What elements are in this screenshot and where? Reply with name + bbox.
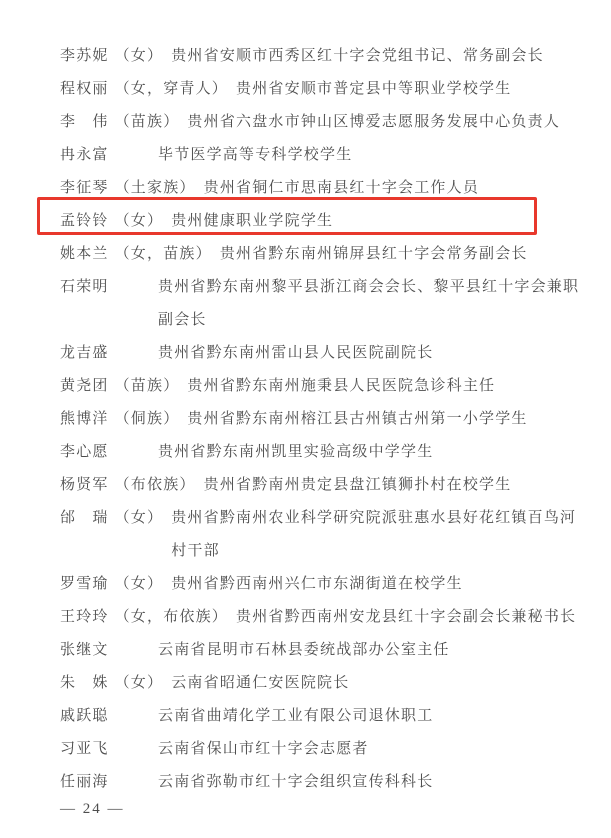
person-name-cell: 冉永富 — [60, 139, 150, 172]
list-item: 李心愿 贵州省黔东南州凯里实验高级中学学生 — [60, 436, 605, 469]
list-item: 姚本兰 （女，苗族） 贵州省黔东南州锦屏县红十字会常务副会长 — [60, 238, 605, 271]
person-description: 贵州省黔西南州兴仁市东湖街道在校学生 — [171, 568, 463, 601]
person-name-cell: 王玲玲 （女，布依族） — [60, 601, 228, 634]
description-line: 贵州省六盘水市钟山区博爱志愿服务发展中心负责人 — [187, 106, 560, 139]
description-line: 贵州省黔东南州施秉县人民医院急诊科主任 — [187, 370, 495, 403]
description-line: 贵州省黔东南州锦屏县红十字会常务副会长 — [220, 238, 528, 271]
person-name-cell: 孟铃铃 （女） — [60, 205, 163, 238]
person-description: 毕节医学高等专科学校学生 — [158, 139, 352, 172]
person-note: （土家族） — [115, 172, 196, 205]
person-name: 张继文 — [60, 634, 109, 667]
description-line: 副会长 — [158, 304, 579, 337]
person-name: 戚跃聪 — [60, 700, 109, 733]
description-line: 贵州省黔东南州凯里实验高级中学学生 — [158, 436, 433, 469]
person-name-cell: 邰 瑞 （女） — [60, 502, 163, 535]
list-item: 熊博洋 （侗族） 贵州省黔东南州榕江县古州镇古州第一小学学生 — [60, 403, 605, 436]
person-note: （女） — [115, 502, 164, 535]
person-name: 冉永富 — [60, 139, 109, 172]
person-description: 云南省保山市红十字会志愿者 — [158, 733, 369, 766]
person-description: 云南省曲靖化学工业有限公司退休职工 — [158, 700, 433, 733]
list-item: 龙吉盛 贵州省黔东南州雷山县人民医院副院长 — [60, 337, 605, 370]
description-line: 贵州省黔南州贵定县盘江镇狮扑村在校学生 — [204, 469, 512, 502]
person-note: （女，穿青人） — [115, 73, 228, 106]
description-line: 贵州省黔南州农业科学研究院派驻惠水县好花红镇百鸟河 — [171, 502, 576, 535]
list-item: 罗雪瑜 （女） 贵州省黔西南州兴仁市东湖街道在校学生 — [60, 568, 605, 601]
person-name-cell: 朱 姝 （女） — [60, 667, 163, 700]
person-name: 邰 瑞 — [60, 502, 109, 535]
person-name-cell: 李苏妮 （女） — [60, 40, 163, 73]
description-line: 云南省昭通仁安医院院长 — [171, 667, 349, 700]
person-name-cell: 黄尧团 （苗族） — [60, 370, 179, 403]
list-item: 李苏妮 （女） 贵州省安顺市西秀区红十字会党组书记、常务副会长 — [60, 40, 605, 73]
person-description: 云南省昆明市石林县委统战部办公室主任 — [158, 634, 450, 667]
person-name: 石荣明 — [60, 271, 109, 304]
list-item: 李征琴 （土家族） 贵州省铜仁市思南县红十字会工作人员 — [60, 172, 605, 205]
person-name-cell: 习亚飞 — [60, 733, 150, 766]
person-name-cell: 龙吉盛 — [60, 337, 150, 370]
description-line: 贵州健康职业学院学生 — [171, 205, 333, 238]
list-item: 张继文 云南省昆明市石林县委统战部办公室主任 — [60, 634, 605, 667]
list-item: 李 伟 （苗族） 贵州省六盘水市钟山区博爱志愿服务发展中心负责人 — [60, 106, 605, 139]
list-item: 黄尧团 （苗族） 贵州省黔东南州施秉县人民医院急诊科主任 — [60, 370, 605, 403]
person-note: （苗族） — [115, 106, 180, 139]
person-description: 贵州健康职业学院学生 — [171, 205, 333, 238]
person-name-cell: 杨贤军 （布依族） — [60, 469, 196, 502]
list-item: 冉永富 毕节医学高等专科学校学生 — [60, 139, 605, 172]
person-note: （女） — [115, 205, 164, 238]
description-line: 贵州省黔西南州兴仁市东湖街道在校学生 — [171, 568, 463, 601]
person-name: 李心愿 — [60, 436, 109, 469]
description-line: 贵州省黔东南州黎平县浙江商会会长、黎平县红十字会兼职 — [158, 271, 579, 304]
person-note: （女，苗族） — [115, 238, 212, 271]
person-description: 贵州省黔东南州锦屏县红十字会常务副会长 — [220, 238, 528, 271]
person-name: 朱 姝 — [60, 667, 109, 700]
person-name: 任丽海 — [60, 766, 109, 799]
person-name: 罗雪瑜 — [60, 568, 109, 601]
person-name: 王玲玲 — [60, 601, 109, 634]
list-item: 程权丽 （女，穿青人） 贵州省安顺市普定县中等职业学校学生 — [60, 73, 605, 106]
description-line: 贵州省安顺市普定县中等职业学校学生 — [236, 73, 511, 106]
description-line: 贵州省安顺市西秀区红十字会党组书记、常务副会长 — [171, 40, 544, 73]
person-description: 贵州省黔东南州黎平县浙江商会会长、黎平县红十字会兼职副会长 — [158, 271, 579, 337]
person-name-cell: 罗雪瑜 （女） — [60, 568, 163, 601]
person-name-cell: 戚跃聪 — [60, 700, 150, 733]
person-name-cell: 李心愿 — [60, 436, 150, 469]
person-note: （女） — [115, 667, 164, 700]
description-line: 云南省曲靖化学工业有限公司退休职工 — [158, 700, 433, 733]
person-name-cell: 石荣明 — [60, 271, 150, 304]
description-line: 贵州省铜仁市思南县红十字会工作人员 — [204, 172, 479, 205]
person-note: （布依族） — [115, 469, 196, 502]
person-note: （侗族） — [115, 403, 180, 436]
person-name: 李征琴 — [60, 172, 109, 205]
person-name: 黄尧团 — [60, 370, 109, 403]
person-description: 贵州省黔东南州雷山县人民医院副院长 — [158, 337, 433, 370]
person-description: 贵州省安顺市普定县中等职业学校学生 — [236, 73, 511, 106]
document-page: 李苏妮 （女） 贵州省安顺市西秀区红十字会党组书记、常务副会长 程权丽 （女，穿… — [0, 0, 611, 838]
person-description: 云南省弥勒市红十字会组织宣传科科长 — [158, 766, 433, 799]
list-item: 石荣明 贵州省黔东南州黎平县浙江商会会长、黎平县红十字会兼职副会长 — [60, 271, 605, 337]
list-item: 习亚飞 云南省保山市红十字会志愿者 — [60, 733, 605, 766]
description-line: 村干部 — [171, 535, 576, 568]
person-name: 杨贤军 — [60, 469, 109, 502]
person-name: 姚本兰 — [60, 238, 109, 271]
description-line: 云南省昆明市石林县委统战部办公室主任 — [158, 634, 450, 667]
description-line: 贵州省黔东南州雷山县人民医院副院长 — [158, 337, 433, 370]
person-note: （女） — [115, 568, 164, 601]
person-name-cell: 姚本兰 （女，苗族） — [60, 238, 212, 271]
person-name: 龙吉盛 — [60, 337, 109, 370]
person-name-cell: 程权丽 （女，穿青人） — [60, 73, 228, 106]
person-description: 贵州省黔东南州施秉县人民医院急诊科主任 — [187, 370, 495, 403]
person-name: 习亚飞 — [60, 733, 109, 766]
person-name: 熊博洋 — [60, 403, 109, 436]
person-description: 贵州省铜仁市思南县红十字会工作人员 — [204, 172, 479, 205]
description-line: 贵州省黔西南州安龙县红十字会副会长兼秘书长 — [236, 601, 576, 634]
description-line: 贵州省黔东南州榕江县古州镇古州第一小学学生 — [187, 403, 527, 436]
list-item: 王玲玲 （女，布依族） 贵州省黔西南州安龙县红十字会副会长兼秘书长 — [60, 601, 605, 634]
person-name: 程权丽 — [60, 73, 109, 106]
person-description: 贵州省安顺市西秀区红十字会党组书记、常务副会长 — [171, 40, 544, 73]
list-item: 孟铃铃 （女） 贵州健康职业学院学生 — [60, 205, 605, 238]
person-name-cell: 李征琴 （土家族） — [60, 172, 196, 205]
description-line: 毕节医学高等专科学校学生 — [158, 139, 352, 172]
person-note: （女，布依族） — [115, 601, 228, 634]
page-number: — 24 — — [60, 801, 125, 818]
person-note: （女） — [115, 40, 164, 73]
person-name: 李 伟 — [60, 106, 109, 139]
person-description: 贵州省黔南州农业科学研究院派驻惠水县好花红镇百鸟河村干部 — [171, 502, 576, 568]
list-item: 戚跃聪 云南省曲靖化学工业有限公司退休职工 — [60, 700, 605, 733]
person-name-cell: 李 伟 （苗族） — [60, 106, 179, 139]
person-note: （苗族） — [115, 370, 180, 403]
person-description: 贵州省六盘水市钟山区博爱志愿服务发展中心负责人 — [187, 106, 560, 139]
list-item: 杨贤军 （布依族） 贵州省黔南州贵定县盘江镇狮扑村在校学生 — [60, 469, 605, 502]
person-description: 贵州省黔西南州安龙县红十字会副会长兼秘书长 — [236, 601, 576, 634]
person-description: 贵州省黔东南州榕江县古州镇古州第一小学学生 — [187, 403, 527, 436]
person-name: 孟铃铃 — [60, 205, 109, 238]
person-name-cell: 任丽海 — [60, 766, 150, 799]
list-item: 邰 瑞 （女） 贵州省黔南州农业科学研究院派驻惠水县好花红镇百鸟河村干部 — [60, 502, 605, 568]
list-item: 朱 姝 （女） 云南省昭通仁安医院院长 — [60, 667, 605, 700]
person-description: 贵州省黔南州贵定县盘江镇狮扑村在校学生 — [204, 469, 512, 502]
list-item: 任丽海 云南省弥勒市红十字会组织宣传科科长 — [60, 766, 605, 799]
person-name-cell: 张继文 — [60, 634, 150, 667]
person-description: 云南省昭通仁安医院院长 — [171, 667, 349, 700]
person-name-cell: 熊博洋 （侗族） — [60, 403, 179, 436]
person-description: 贵州省黔东南州凯里实验高级中学学生 — [158, 436, 433, 469]
description-line: 云南省保山市红十字会志愿者 — [158, 733, 369, 766]
description-line: 云南省弥勒市红十字会组织宣传科科长 — [158, 766, 433, 799]
person-name: 李苏妮 — [60, 40, 109, 73]
award-list: 李苏妮 （女） 贵州省安顺市西秀区红十字会党组书记、常务副会长 程权丽 （女，穿… — [60, 40, 605, 799]
